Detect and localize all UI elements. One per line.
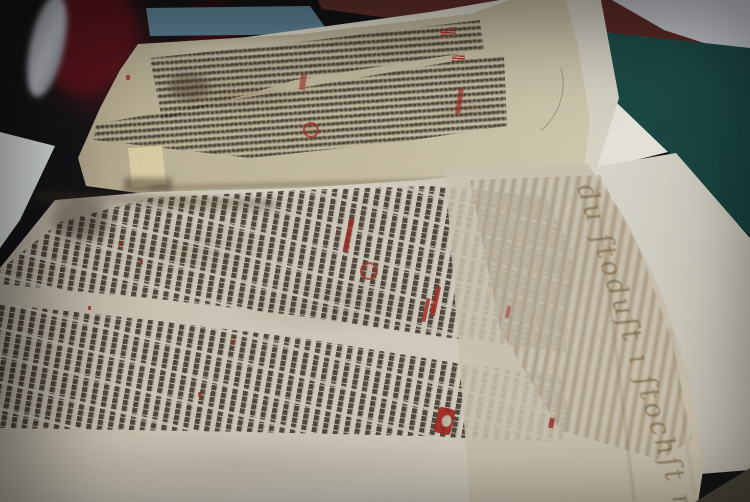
red-speck xyxy=(198,392,201,397)
red-speck xyxy=(88,306,91,310)
red-speck xyxy=(119,241,122,246)
red-speck xyxy=(232,340,235,345)
photo-scene: du ſtoduſt ı ſtochſt nata xyxy=(0,0,750,502)
red-circled-mark xyxy=(360,262,378,280)
red-circled-mark xyxy=(303,122,319,138)
ink-stain xyxy=(168,74,210,100)
red-speck xyxy=(126,75,130,80)
red-speck xyxy=(140,260,143,264)
gutter-crevice xyxy=(52,198,110,240)
